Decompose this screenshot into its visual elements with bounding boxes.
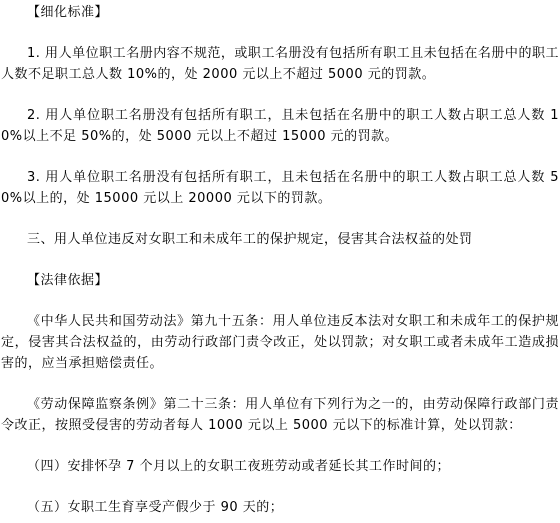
legal-basis-labor-law-article-95: 《中华人民共和国劳动法》第九十五条：用人单位违反本法对女职工和未成年工的保护规定… [1,311,559,374]
legal-document-body: 【细化标准】 1. 用人单位职工名册内容不规范，或职工名册没有包括所有职工且未包… [0,0,560,518]
list-item-five: （五）女职工生育享受产假少于 90 天的； [1,497,559,518]
list-item-four: （四）安排怀孕 7 个月以上的女职工夜班劳动或者延长其工作时间的； [1,456,559,477]
chapter-heading-three: 三、用人单位违反对女职工和未成年工的保护规定，侵害其合法权益的处罚 [1,229,559,250]
clause-1: 1. 用人单位职工名册内容不规范，或职工名册没有包括所有职工且未包括在名册中的职… [1,43,559,85]
section-heading-legal-basis: 【法律依据】 [1,270,559,291]
clause-2: 2. 用人单位职工名册没有包括所有职工，且未包括在名册中的职工人数占职工总人数 … [1,105,559,147]
legal-basis-supervision-regulation-article-23: 《劳动保障监察条例》第二十三条：用人单位有下列行为之一的，由劳动保障行政部门责令… [1,394,559,436]
section-heading-refined-standards: 【细化标准】 [1,2,559,23]
clause-3: 3. 用人单位职工名册没有包括所有职工，且未包括在名册中的职工人数占职工总人数 … [1,167,559,209]
